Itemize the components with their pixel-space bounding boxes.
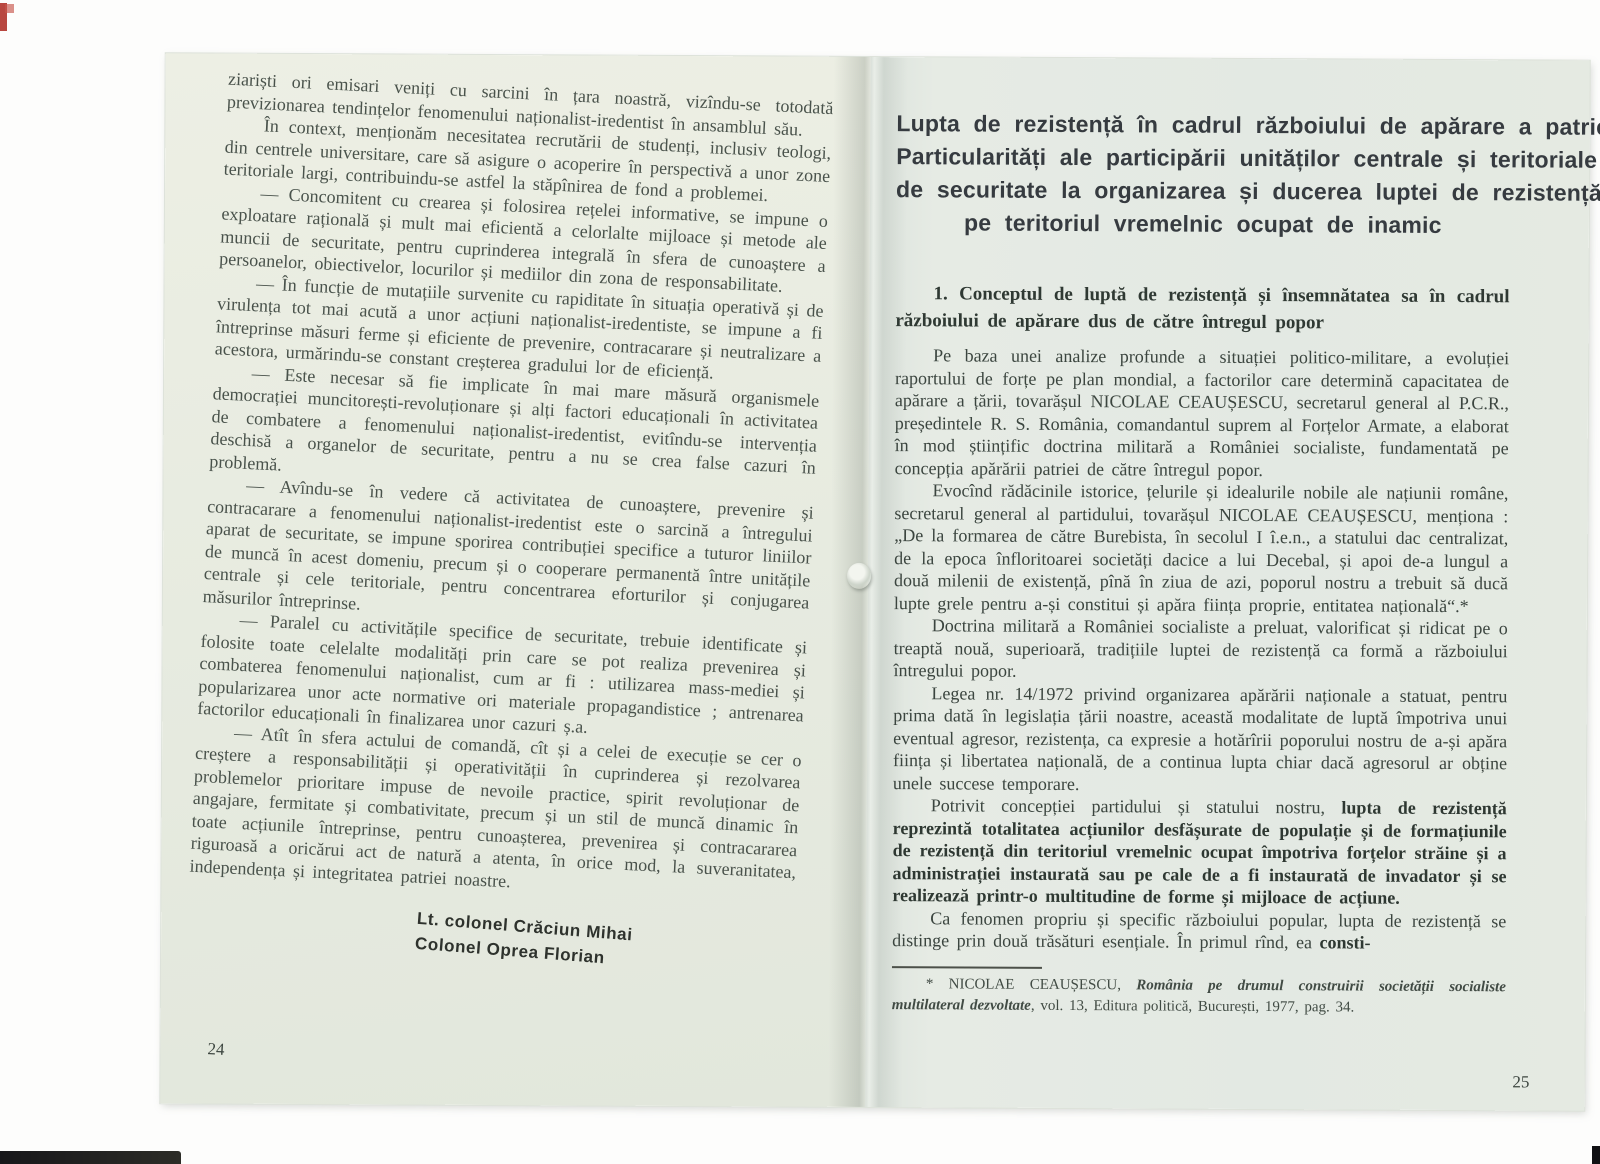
text-run: Evocînd rădăcinile istorice, țelurile și… <box>894 480 1509 615</box>
text-run: * NICOLAE CEAUȘESCU, <box>926 976 1136 993</box>
chapter-title-line: Particularități ale participării unități… <box>896 140 1510 176</box>
text-run: , vol. 13, Editura politică, București, … <box>1031 997 1355 1015</box>
page-number-right: 25 <box>1512 1072 1529 1092</box>
paragraph: Legea nr. 14/1972 privind organizarea ap… <box>893 682 1508 798</box>
right-page-text-block: Lupta de rezistență în cadrul războiului… <box>892 107 1511 1019</box>
text-run: Doctrina militară a României socialiste … <box>893 615 1507 680</box>
left-page-text-block: ziariști ori emisari veniți cu sarcini î… <box>186 68 834 975</box>
chapter-title-line: pe teritoriul vremelnic ocupat de inamic <box>896 206 1510 242</box>
book-paper: ziariști ori emisari veniți cu sarcini î… <box>160 53 1589 1110</box>
paragraph: Evocînd rădăcinile istorice, țelurile și… <box>894 479 1509 617</box>
paragraph: Pe baza unei analize profunde a situație… <box>895 344 1510 482</box>
paragraph: Potrivit concepției partidului și statul… <box>892 794 1507 910</box>
paragraph: — Atît în sfera actului de comandă, cît … <box>189 719 802 906</box>
text-run: consti- <box>1319 932 1370 952</box>
scanned-book-spread: ziariști ori emisari veniți cu sarcini î… <box>0 0 1600 1164</box>
left-page-paragraphs: ziariști ori emisari veniți cu sarcini î… <box>189 68 834 907</box>
section-heading: 1. Conceptul de luptă de rezistență și î… <box>895 280 1509 337</box>
text-run: Legea nr. 14/1972 privind organizarea ap… <box>893 683 1508 794</box>
footnote: * NICOLAE CEAUȘESCU, România pe drumul c… <box>892 974 1506 1019</box>
text-run: Potrivit concepției partidului și statul… <box>931 795 1342 817</box>
chapter-title-line: de securitate la organizarea și ducerea … <box>896 173 1510 209</box>
paragraph: Doctrina militară a României socialiste … <box>893 614 1507 685</box>
scan-artifact-black-bar-bottom-left <box>0 1151 181 1164</box>
chapter-title: Lupta de rezistență în cadrul războiului… <box>896 107 1511 242</box>
footnote-rule <box>892 966 1042 969</box>
gutter-staple-hole <box>847 563 871 589</box>
text-run: Pe baza unei analize profunde a situație… <box>895 345 1510 479</box>
scan-artifact-red-smudge <box>5 4 14 13</box>
scan-artifact-black-notch-bottom-right <box>1592 1146 1600 1164</box>
text-run: Ca fenomen propriu și specific războiulu… <box>892 908 1506 953</box>
chapter-title-line: Lupta de rezistență în cadrul războiului… <box>896 107 1510 143</box>
right-page-paragraphs: Pe baza unei analize profunde a situație… <box>892 344 1509 955</box>
paragraph: Ca fenomen propriu și specific războiulu… <box>892 907 1506 955</box>
page-number-left: 24 <box>207 1039 225 1060</box>
